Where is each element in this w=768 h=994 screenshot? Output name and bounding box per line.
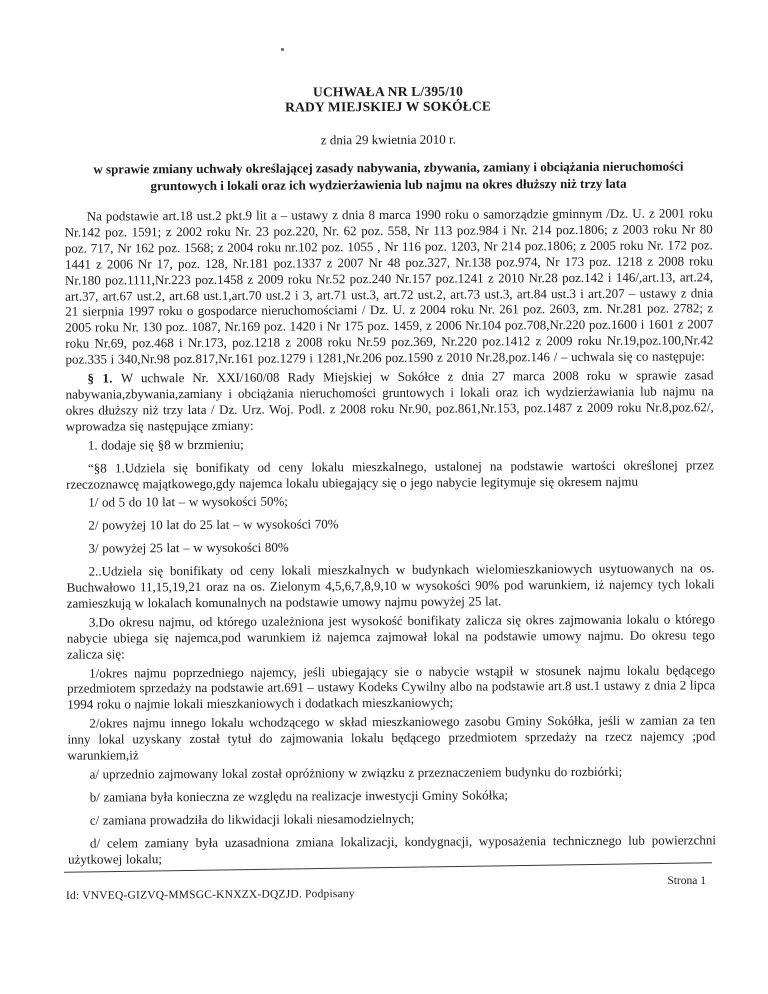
- paragraph: c/ zamiana prowadziła do likwidacji loka…: [68, 809, 716, 828]
- document-title-line2: RADY MIEJSKIEJ W SOKÓŁCE: [64, 97, 712, 115]
- page-number: Strona 1: [667, 875, 706, 887]
- paragraph: “§8 1.Udziela się bonifikaty od ceny lok…: [66, 457, 714, 492]
- paragraph: 2..Udziela się bonifikaty od ceny lokali…: [67, 560, 715, 611]
- scan-speck: [281, 48, 284, 51]
- paragraph: 3.Do okresu najmu, od którego uzależnion…: [67, 611, 715, 662]
- document-date: z dnia 29 kwietnia 2010 r.: [64, 130, 712, 148]
- paragraph: 2/okres najmu innego lokalu wchodzącego …: [67, 713, 715, 764]
- document-content: UCHWAŁA NR L/395/10 RADY MIEJSKIEJ W SOK…: [64, 82, 716, 870]
- document-page: UCHWAŁA NR L/395/10 RADY MIEJSKIEJ W SOK…: [0, 0, 768, 994]
- paragraph: a/ uprzednio zajmowany lokal został opró…: [68, 763, 716, 782]
- document-subject: w sprawie zmiany uchwały określającej za…: [64, 158, 712, 194]
- paragraph: Na podstawie art.18 ust.2 pkt.9 lit a – …: [65, 205, 714, 367]
- paragraph: 1/okres najmu poprzedniego najemcy, jeśl…: [67, 662, 715, 713]
- paragraph: 1/ od 5 do 10 lat – w wysokości 50%;: [66, 492, 714, 511]
- paragraph: 1. dodaje się §8 w brzmieniu;: [66, 434, 714, 453]
- paragraph-lead: § 1.: [87, 370, 120, 385]
- document-body: Na podstawie art.18 ust.2 pkt.9 lit a – …: [65, 205, 716, 867]
- paragraph: 2/ powyżej 10 lat do 25 lat – w wysokośc…: [66, 515, 714, 534]
- paragraph: b/ zamiana była konieczna ze względu na …: [68, 786, 716, 805]
- paragraph: d/ celem zamiany była uzasadniona zmiana…: [68, 832, 716, 867]
- paragraph: § 1. W uchwale Nr. XXI/160/08 Rady Miejs…: [65, 367, 713, 434]
- paragraph: 3/ powyżej 25 lat – w wysokości 80%: [66, 538, 714, 557]
- document-id: Id: VNVEQ-GIZVQ-MMSGC-KNXZX-DQZJD. Podpi…: [66, 888, 355, 902]
